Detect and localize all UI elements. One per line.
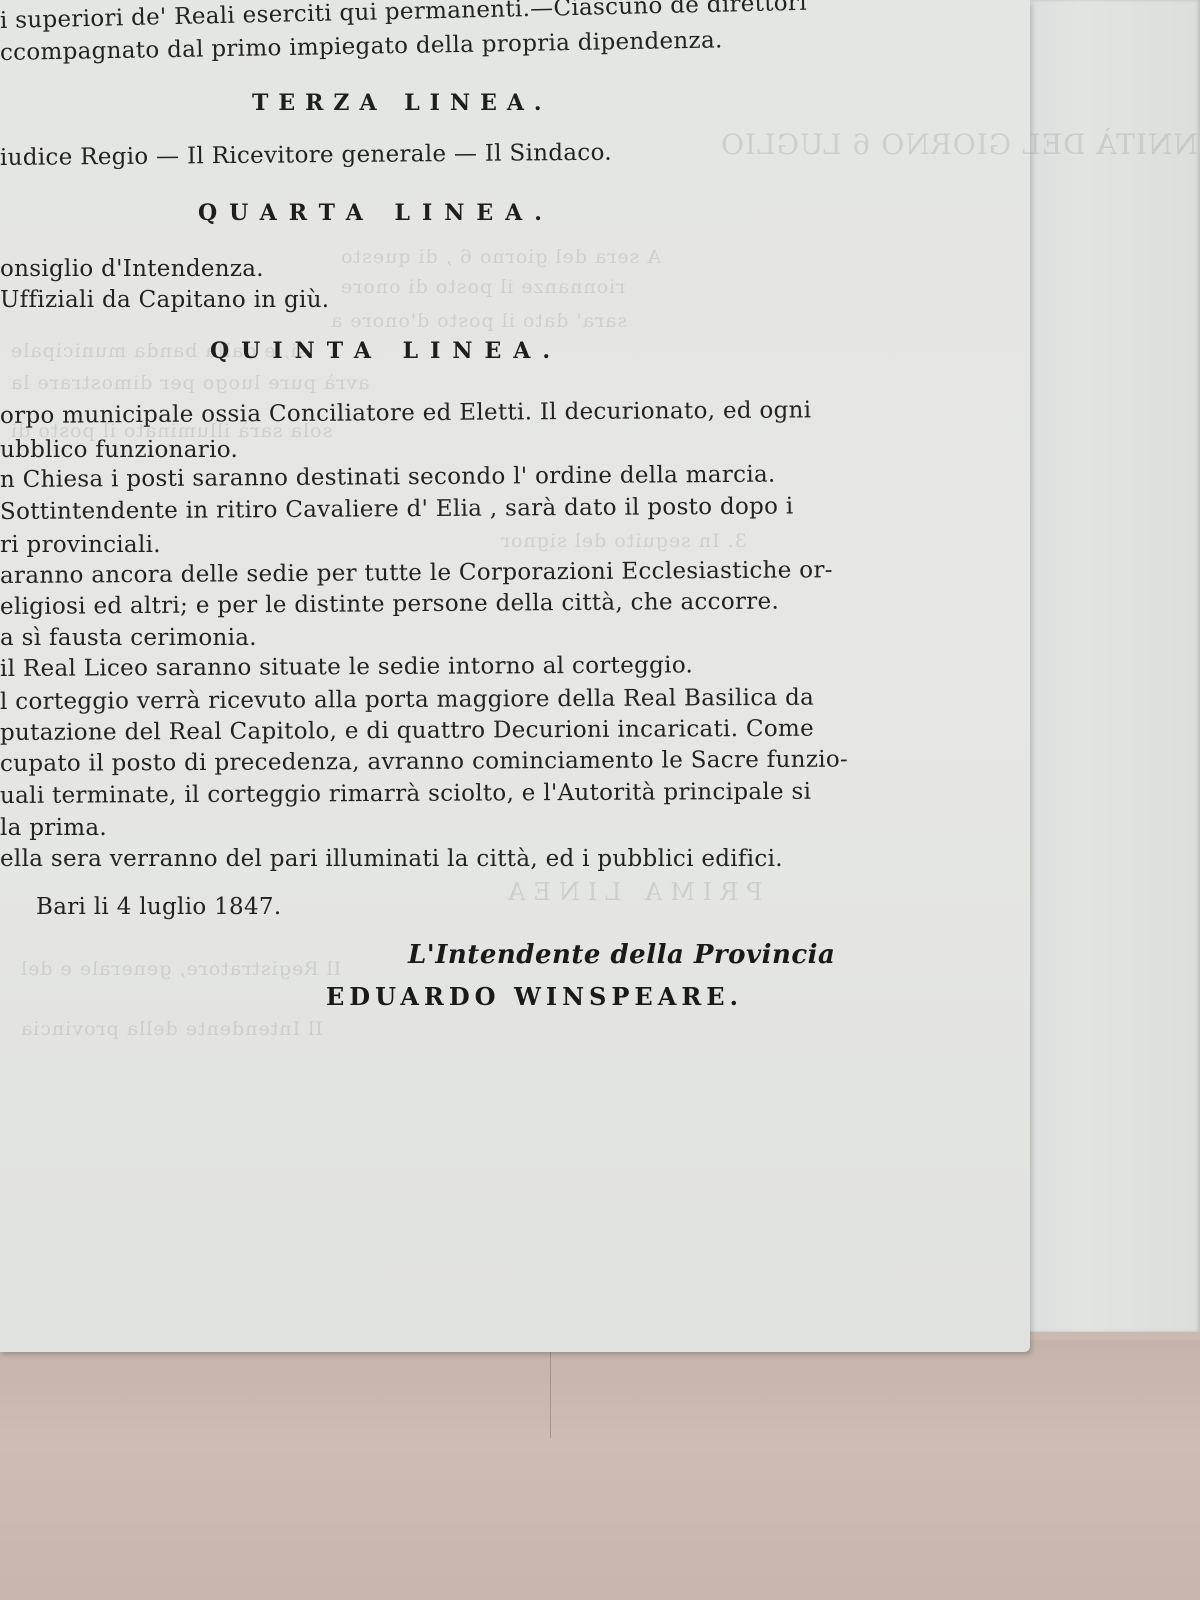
text-line: ccompagnato dal primo impiegato della pr… — [0, 27, 723, 66]
table-seam — [550, 1348, 551, 1438]
text-line: cupato il posto di precedenza, avranno c… — [0, 747, 848, 777]
text-line: ubblico funzionario. — [0, 437, 238, 463]
table-surface — [0, 1340, 1200, 1600]
bleed-text: PER LA SOLENNITÀ DEL GIORNO 6 LUGLIO — [720, 128, 1200, 161]
text-line: ri provinciali. — [0, 532, 161, 558]
text-line: orpo municipale ossia Conciliatore ed El… — [0, 397, 811, 429]
text-line: Uffiziali da Capitano in giù. — [0, 287, 329, 313]
bleed-text: Il Intendente della provincia — [20, 1018, 323, 1040]
text-line: il Real Liceo saranno situate le sedie i… — [0, 652, 693, 682]
bleed-text: avrà pure luogo per dimostrare la — [10, 372, 369, 394]
signature-title: L'Intendente della Provincia — [408, 940, 835, 970]
text-line: onsiglio d'Intendenza. — [0, 256, 264, 282]
text-line: eligiosi ed altri; e per le distinte per… — [0, 589, 779, 620]
section-heading: QUINTA LINEA. — [210, 338, 562, 364]
text-line: n Chiesa i posti saranno destinati secon… — [0, 462, 776, 493]
text-line: aranno ancora delle sedie per tutte le C… — [0, 557, 833, 589]
text-line: Sottintendente in ritiro Cavaliere d' El… — [0, 493, 794, 525]
text-line: putazione del Real Capitolo, e di quattr… — [0, 716, 814, 746]
bleed-text: 3. In seguito del signor — [500, 530, 747, 552]
text-line: la prima. — [0, 815, 107, 841]
bleed-text: rionnanze il posto di onore — [340, 276, 625, 298]
date-line: Bari li 4 luglio 1847. — [36, 894, 281, 920]
bleed-text: A sera del giorno 6 , di questo — [340, 246, 661, 268]
bleed-text: PRIMA LINEA — [500, 878, 763, 906]
section-heading: QUARTA LINEA. — [198, 200, 554, 226]
text-line: uali terminate, il corteggio rimarrà sci… — [0, 779, 811, 809]
text-line: a sì fausta cerimonia. — [0, 625, 257, 651]
bleed-text: Il Registratore, generale e del — [20, 958, 341, 980]
section-heading: TERZA LINEA. — [252, 90, 552, 116]
text-line: l corteggio verrà ricevuto alla porta ma… — [0, 685, 814, 715]
text-line: iudice Regio — Il Ricevitore generale — … — [0, 140, 612, 171]
back-sheet — [1000, 0, 1200, 1332]
document-page: PER LA SOLENNITÀ DEL GIORNO 6 LUGLIO A s… — [0, 0, 1030, 1352]
bleed-text: sara' dato il posto d'onore a — [330, 310, 627, 332]
text-line: ella sera verranno del pari illuminati l… — [0, 846, 783, 872]
signature-name: EDUARDO WINSPEARE. — [326, 982, 743, 1011]
